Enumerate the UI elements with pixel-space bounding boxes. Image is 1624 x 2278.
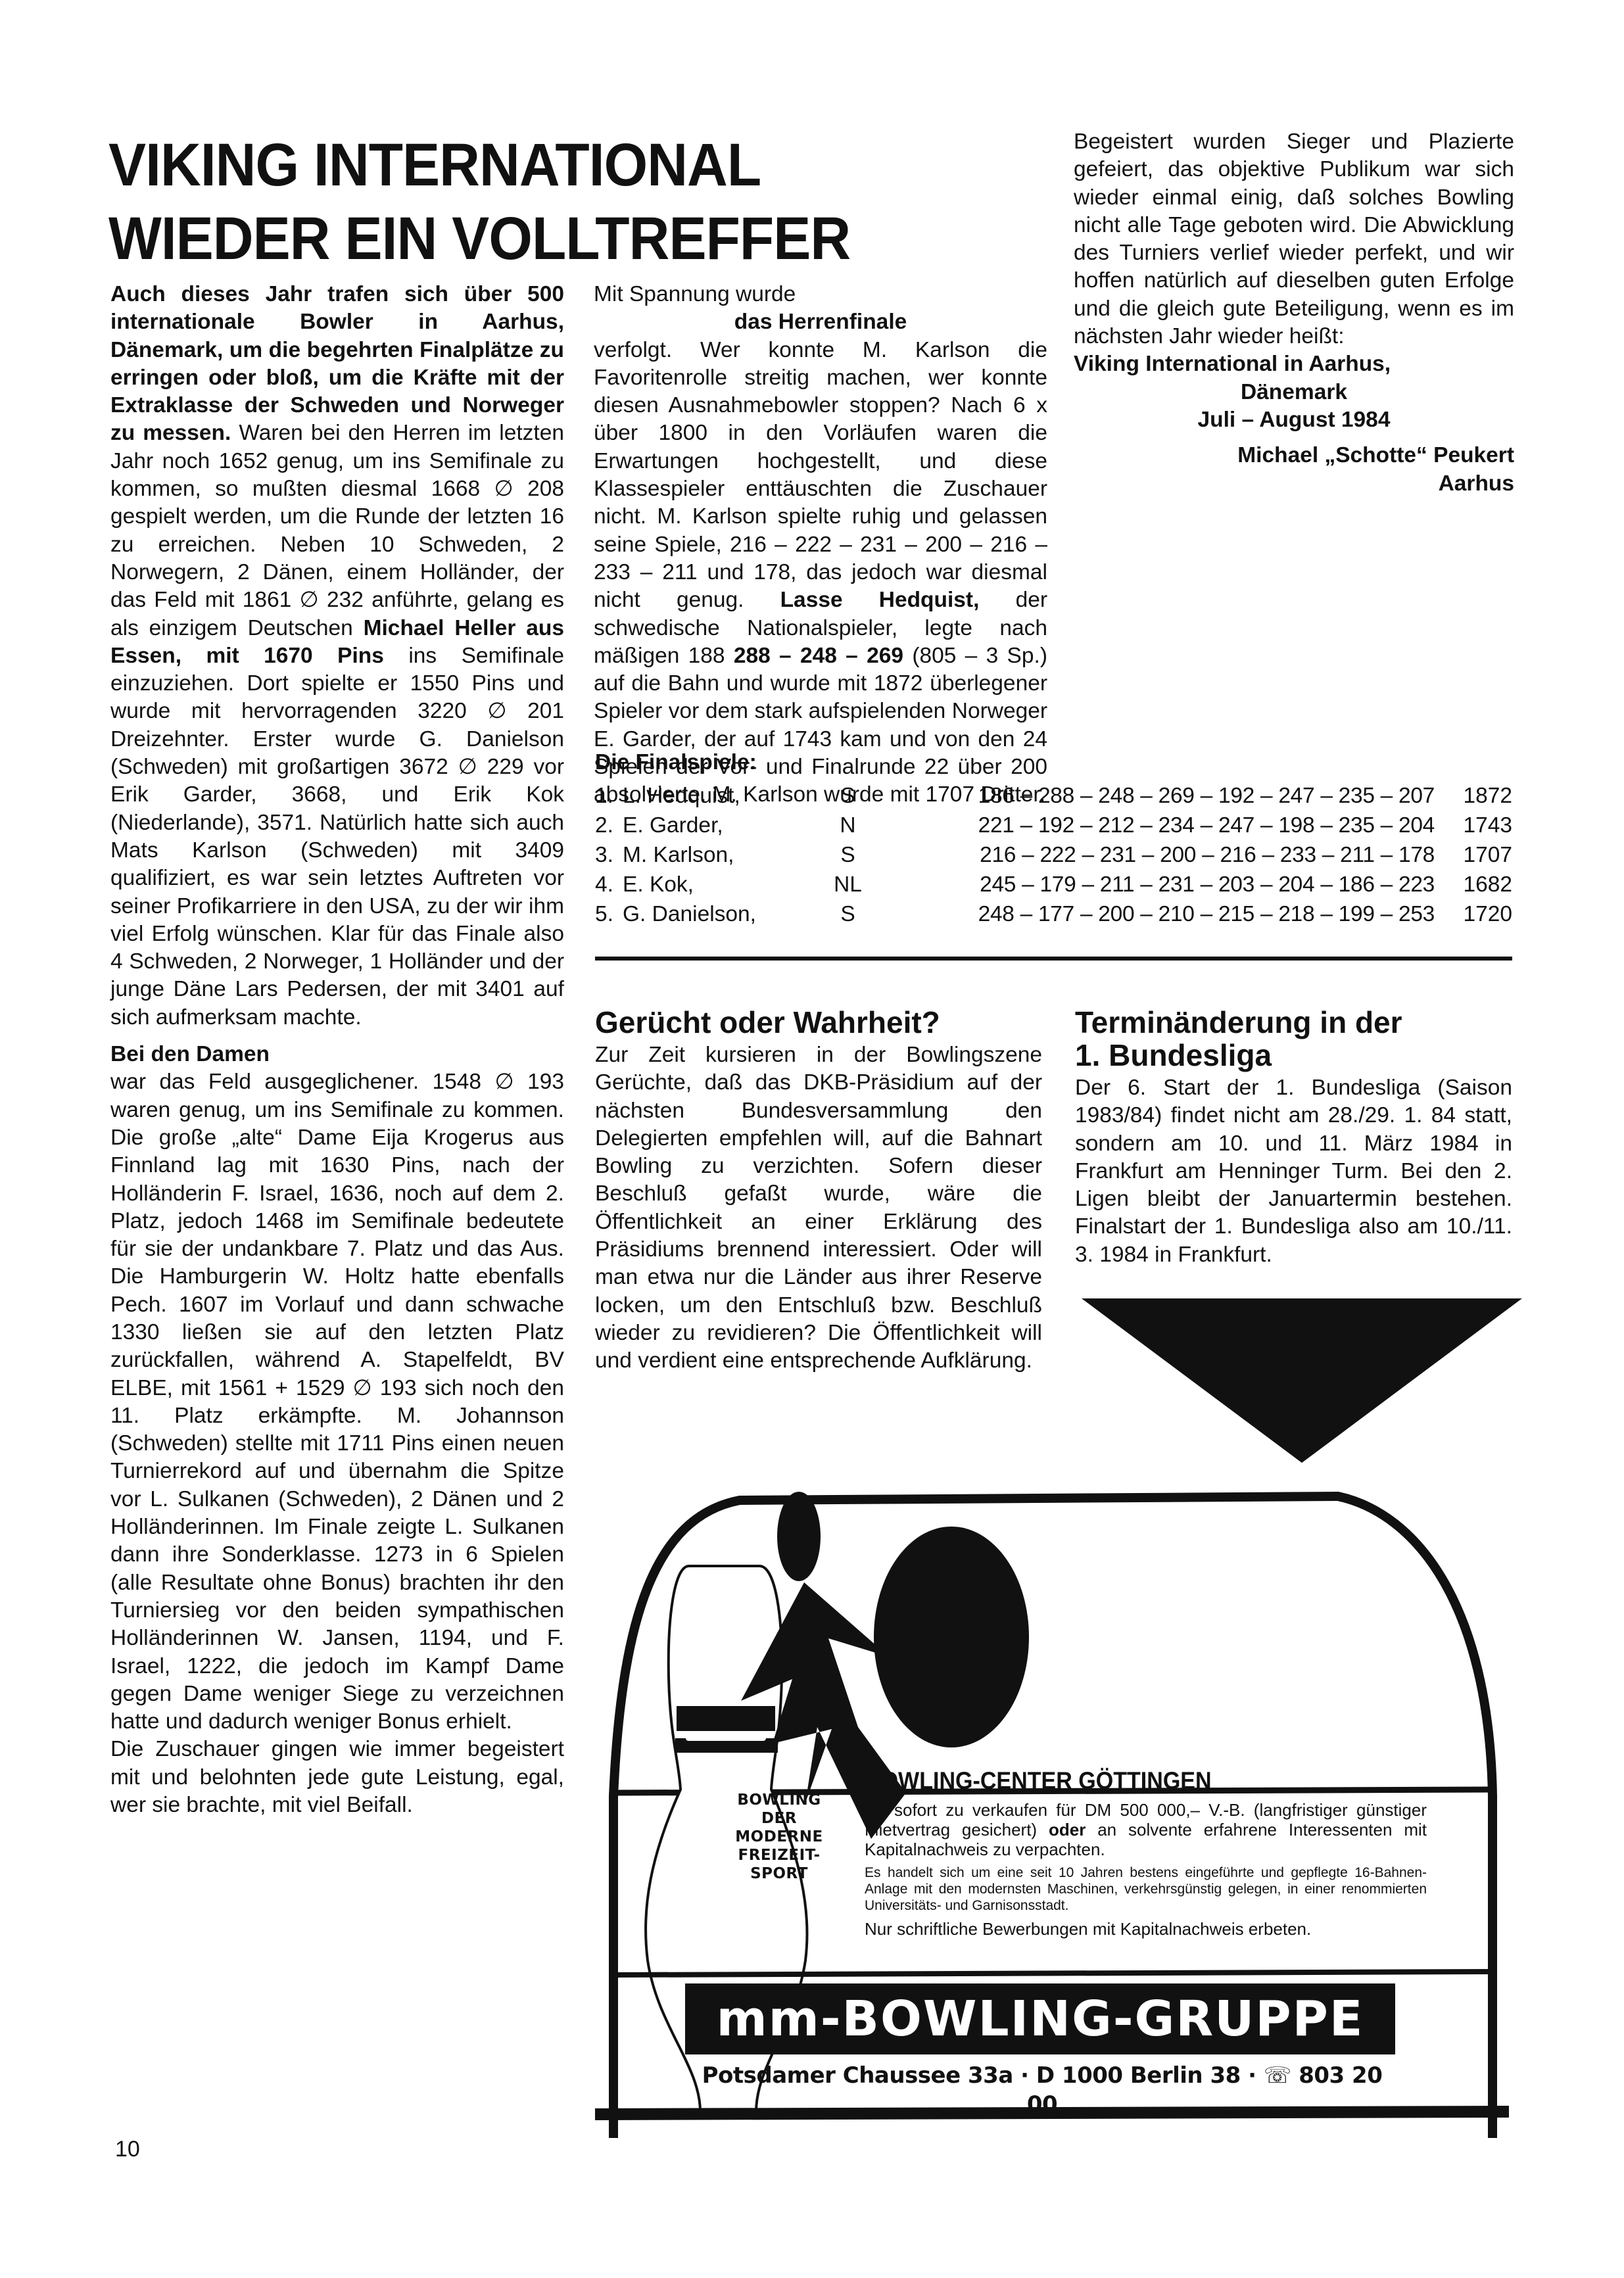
schedule-article: Terminänderung in der1. Bundesliga Der 6… [1075,1006,1512,1269]
table-row: 5.G. Danielson,S248 – 177 – 200 – 210 – … [595,899,1512,929]
game-scores: 248 – 177 – 200 – 210 – 215 – 218 – 199 … [879,899,1435,929]
closing-paragraph: Begeistert wurden Sieger und Plazierte g… [1074,128,1514,350]
table-row: 2.E. Garder,N221 – 192 – 212 – 234 – 247… [595,811,1512,840]
damen-paragraph: war das Feld ausgeglichener. 1548 ∅ 193 … [110,1068,564,1736]
total-score: 1682 [1435,870,1512,899]
article-column-3: Begeistert wurden Sieger und Plazierte g… [1074,128,1514,498]
rank: 4. [595,870,623,899]
ad-offer: Ab sofort zu verkaufen für DM 500 000,– … [865,1800,1427,1859]
herren-paragraph: verfolgt. Wer konnte M. Karlson die Favo… [594,337,1047,809]
rumor-article: Gerücht oder Wahrheit? Zur Zeit kursiere… [595,1006,1042,1375]
bowling-ball-icon [874,1527,1029,1747]
nation: S [817,840,879,870]
total-score: 1720 [1435,899,1512,929]
highlight-scores: 288 – 248 – 269 [734,644,903,668]
finals-title: Die Finalspiele: [595,748,1512,777]
ad-detail: Es handelt sich um eine seit 10 Jahren b… [865,1864,1427,1914]
nation: S [817,781,879,811]
total-score: 1872 [1435,781,1512,811]
game-scores: 216 – 222 – 231 – 200 – 216 – 233 – 211 … [879,840,1435,870]
game-scores: 186 – 288 – 248 – 269 – 192 – 247 – 235 … [879,781,1435,811]
rumor-text: Zur Zeit kursieren in der Bowlingszene G… [595,1041,1042,1375]
player-name: M. Karlson, [623,840,817,870]
zuschauer-paragraph: Die Zuschauer gingen wie immer begeister… [110,1736,564,1819]
rank: 2. [595,811,623,840]
slogan-line: DER [733,1809,825,1828]
body-text: verfolgt. Wer konnte M. Karlson die Favo… [594,338,1047,613]
herren-heading: das Herrenfinale [594,308,1047,336]
slogan-line: MODERNE [733,1828,825,1846]
damen-heading: Bei den Damen [110,1041,564,1068]
schedule-heading: Terminänderung in der1. Bundesliga [1075,1006,1512,1072]
body-text: Waren bei den Herren im letzten Jahr noc… [110,421,564,640]
heading-line-2: 1. Bundesliga [1075,1038,1272,1072]
nation: S [817,899,879,929]
event-line-1: Viking International in Aarhus, [1074,350,1514,378]
highlight-hedquist: Lasse Hedquist, [780,588,980,612]
game-scores: 245 – 179 – 211 – 231 – 203 – 204 – 186 … [879,870,1435,899]
ad-note: Nur schriftliche Bewerbungen mit Kapital… [865,1919,1427,1939]
table-row: 3.M. Karlson,S216 – 222 – 231 – 200 – 21… [595,840,1512,870]
player-name: E. Kok, [623,870,817,899]
rumor-heading: Gerücht oder Wahrheit? [595,1006,1042,1039]
schedule-text: Der 6. Start der 1. Bundesliga (Saison 1… [1075,1074,1512,1269]
pin-slogan: BOWLING DER MODERNE FREIZEIT- SPORT [733,1791,825,1883]
total-score: 1743 [1435,811,1512,840]
event-line-2: Dänemark [1074,379,1514,406]
finals-table: Die Finalspiele: 1.L. Hedquist,S186 – 28… [595,748,1512,929]
article-column-2: Mit Spannung wurde das Herrenfinale verf… [594,281,1047,809]
article-headline: VIKING INTERNATIONAL WIEDER EIN VOLLTREF… [108,128,995,275]
rank: 1. [595,781,623,811]
game-scores: 221 – 192 – 212 – 234 – 247 – 198 – 235 … [879,811,1435,840]
bowler-head-icon [777,1492,821,1581]
article-column-1: Auch dieses Jahr trafen sich über 500 in… [110,281,564,1819]
ad-text-bold: oder [1049,1820,1086,1839]
body-text: ins Semifinale einzuziehen. Dort spielte… [110,644,564,1030]
table-row: 4.E. Kok,NL245 – 179 – 211 – 231 – 203 –… [595,870,1512,899]
ad-body: Ab sofort zu verkaufen für DM 500 000,– … [865,1800,1427,1944]
total-score: 1707 [1435,840,1512,870]
player-name: G. Danielson, [623,899,817,929]
table-row: 1.L. Hedquist,S186 – 288 – 248 – 269 – 1… [595,781,1512,811]
page-number: 10 [115,2137,140,2162]
slogan-line: FREIZEIT- [733,1846,825,1864]
brand-logo: mm-BOWLING-GRUPPE [685,1983,1395,2054]
down-arrow-icon [1082,1298,1522,1463]
heading-line-1: Terminänderung in der [1075,1005,1402,1039]
ad-title: BOWLING-CENTER GÖTTINGEN [865,1767,1212,1795]
player-name: E. Garder, [623,811,817,840]
author-name: Michael „Schotte“ Peukert [1074,442,1514,469]
lead-paragraph: Auch dieses Jahr trafen sich über 500 in… [110,281,564,1032]
nation: N [817,811,879,840]
rank: 5. [595,899,623,929]
rank: 3. [595,840,623,870]
slogan-line: BOWLING [733,1791,825,1809]
headline-line-2: WIEDER EIN VOLLTREFFER [108,205,850,272]
section-divider [595,957,1512,961]
herren-intro: Mit Spannung wurde [594,281,1047,308]
brand-address: Potsdamer Chaussee 33a · D 1000 Berlin 3… [694,2061,1391,2119]
event-line-3: Juli – August 1984 [1074,406,1514,434]
slogan-line: SPORT [733,1864,825,1883]
nation: NL [817,870,879,899]
headline-line-1: VIKING INTERNATIONAL [108,131,761,199]
player-name: L. Hedquist, [623,781,817,811]
author-city: Aarhus [1074,470,1514,498]
